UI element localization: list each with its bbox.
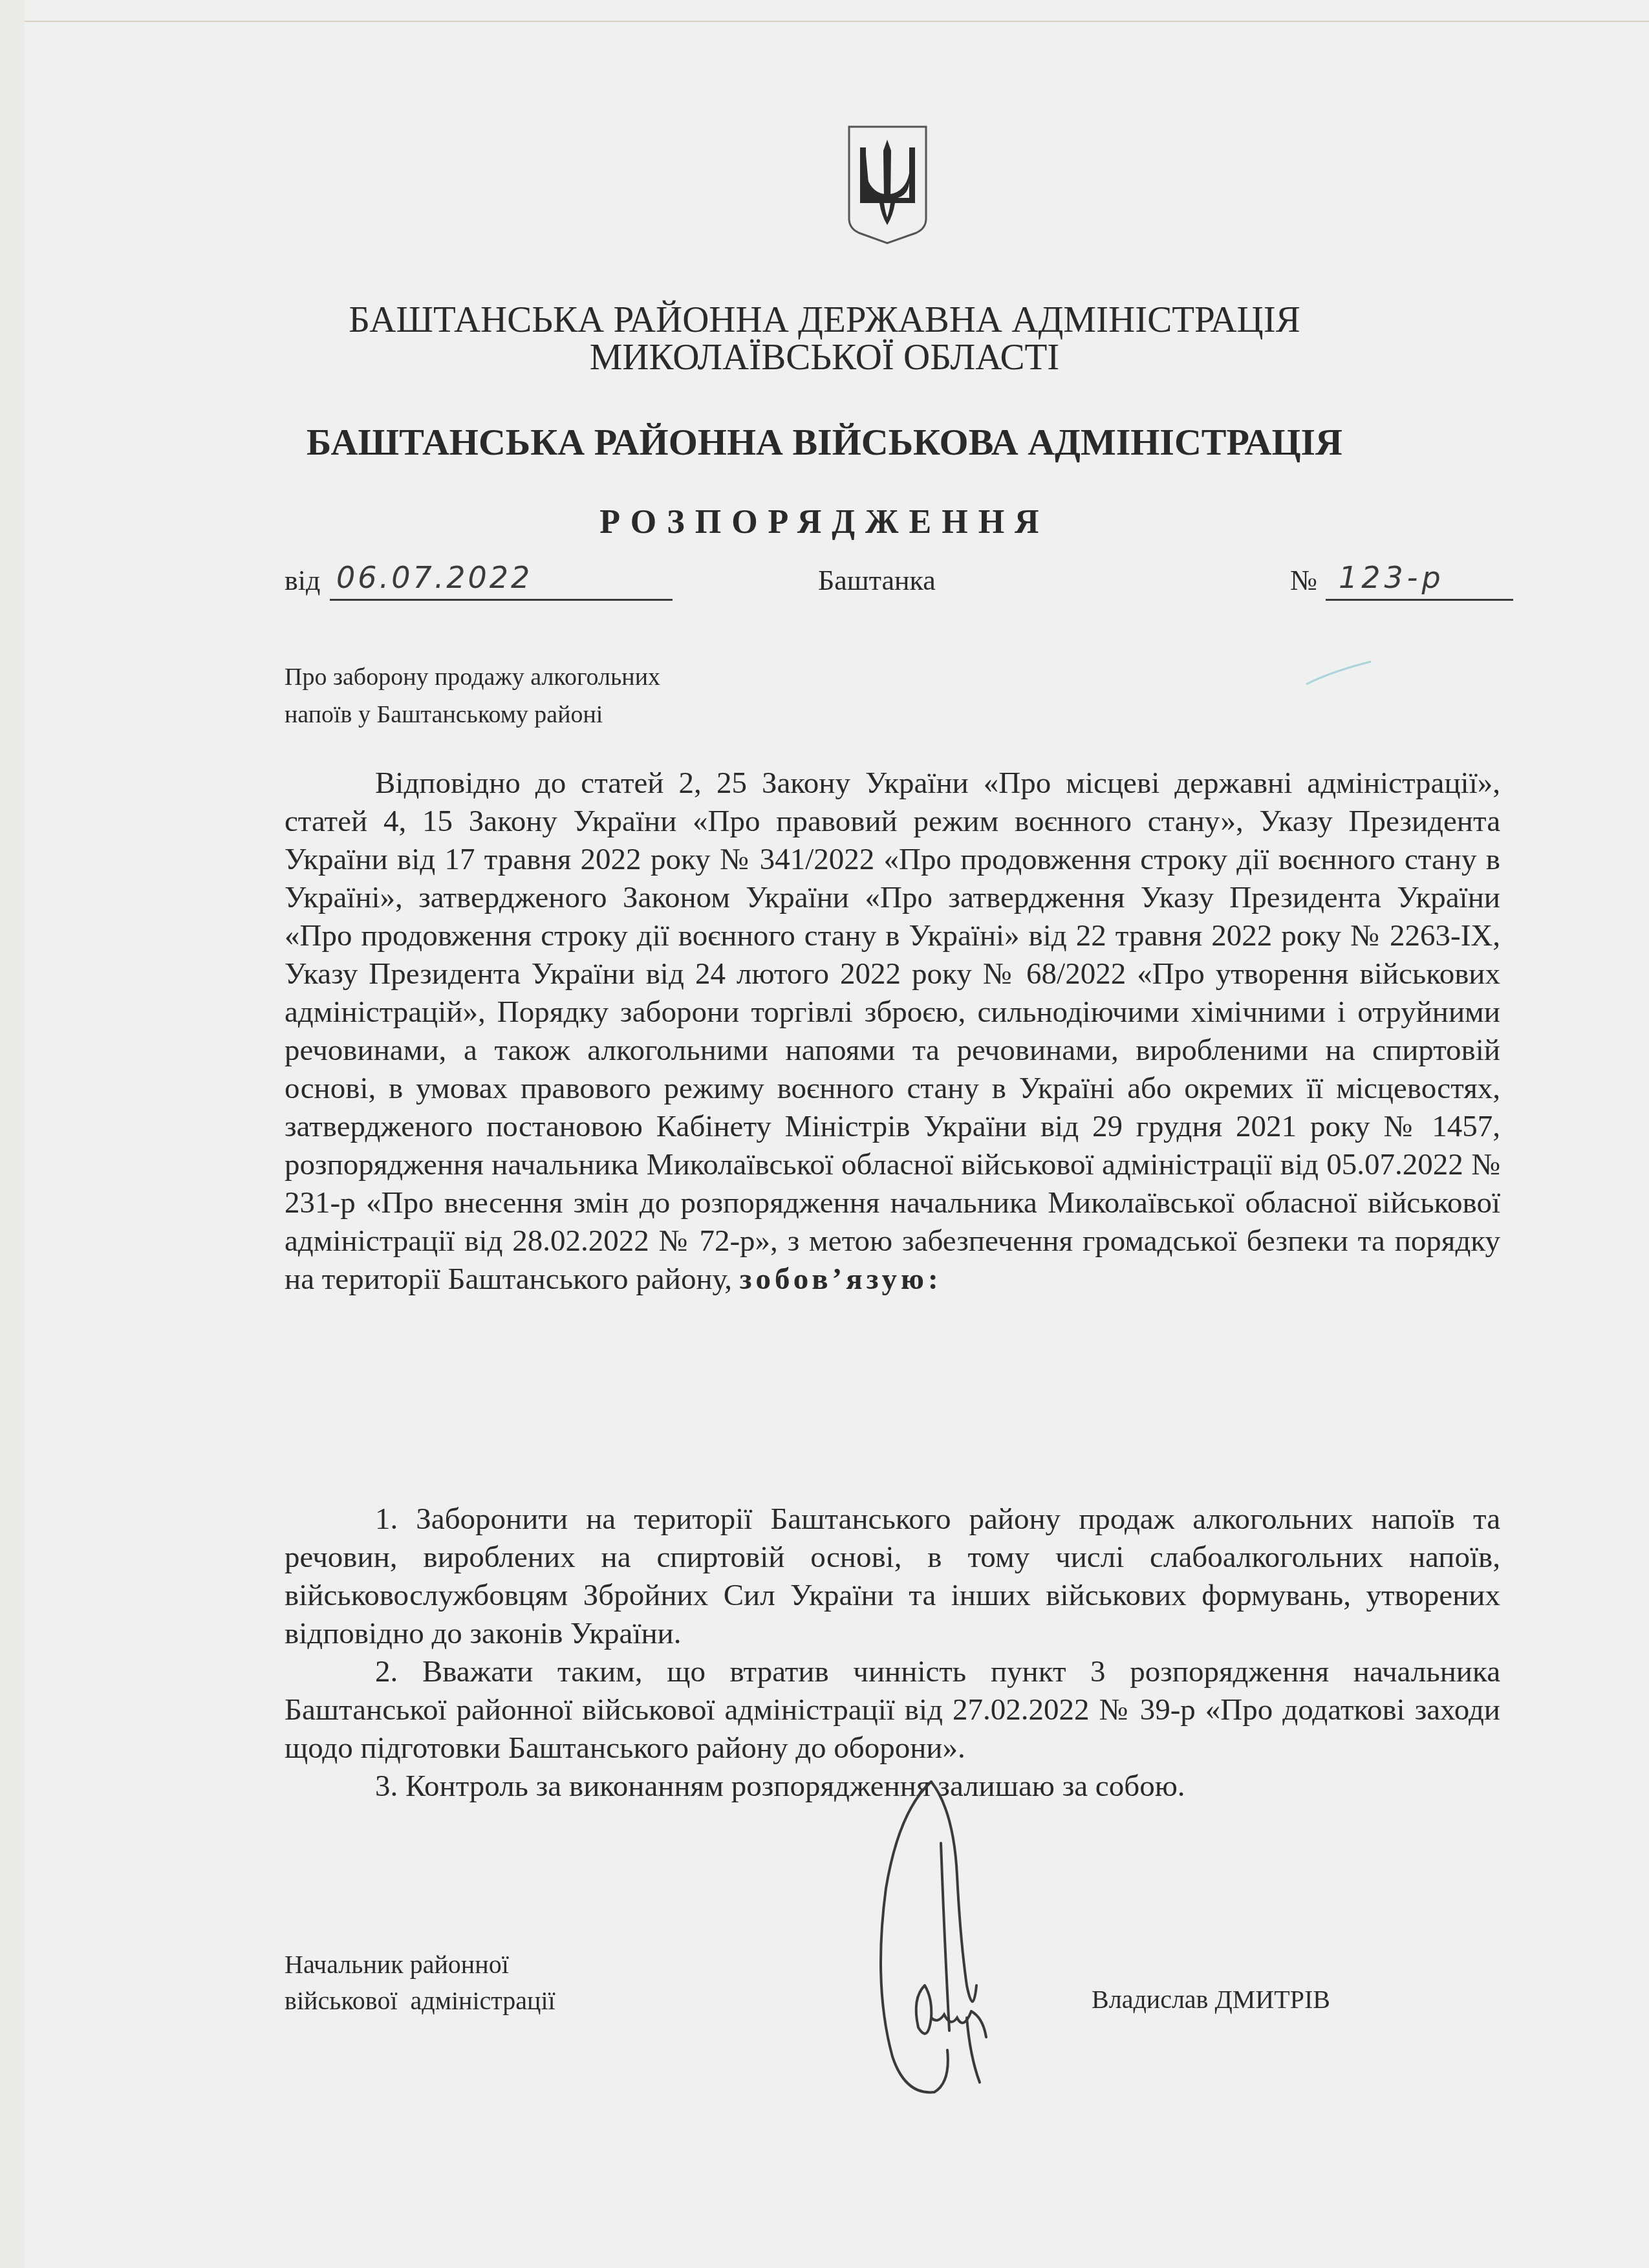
preamble: Відповідно до статей 2, 25 Закону Україн… [285,764,1500,1299]
document-type-title: РОЗПОРЯДЖЕННЯ [0,503,1649,541]
pen-mark [1300,652,1377,691]
document-meta-row: від 06.07.2022 Баштанка № 123-р [0,564,1649,616]
header-state-administration: БАШТАНСЬКА РАЙОННА ДЕРЖАВНА АДМІНІСТРАЦІ… [0,299,1649,341]
document-subject: Про заборону продажу алкогольних напоїв … [285,658,660,733]
preamble-text: Відповідно до статей 2, 25 Закону Україн… [285,766,1500,1296]
date-label: від [285,564,320,597]
subject-line-1: Про заборону продажу алкогольних [285,658,660,696]
position-line-1: Начальник районної [285,1947,555,1983]
order-item-2: 2. Вважати таким, що втратив чинність пу… [285,1653,1500,1767]
position-line-2: військової адміністрації [285,1983,555,2019]
document-date: 06.07.2022 [330,560,673,601]
signatory-position: Начальник районної військової адміністра… [285,1947,555,2019]
header-oblast: МИКОЛАЇВСЬКОЇ ОБЛАСТІ [0,336,1649,378]
number-label: № [1290,564,1317,597]
signatory-name: Владислав ДМИТРІВ [1092,1984,1330,2014]
header-military-administration: БАШТАНСЬКА РАЙОННА ВІЙСЬКОВА АДМІНІСТРАЦ… [0,420,1649,464]
handwritten-signature [821,1772,1015,2108]
trident-coat-of-arms-icon [844,122,931,244]
order-item-1: 1. Заборонити на території Баштанського … [285,1500,1500,1653]
subject-line-2: напоїв у Баштанському районі [285,696,660,733]
document-number: 123-р [1326,560,1513,601]
order-items: 1. Заборонити на території Баштанського … [285,1500,1500,1806]
oblige-word: зобов’язую: [740,1262,942,1296]
document-place: Баштанка [818,564,936,597]
